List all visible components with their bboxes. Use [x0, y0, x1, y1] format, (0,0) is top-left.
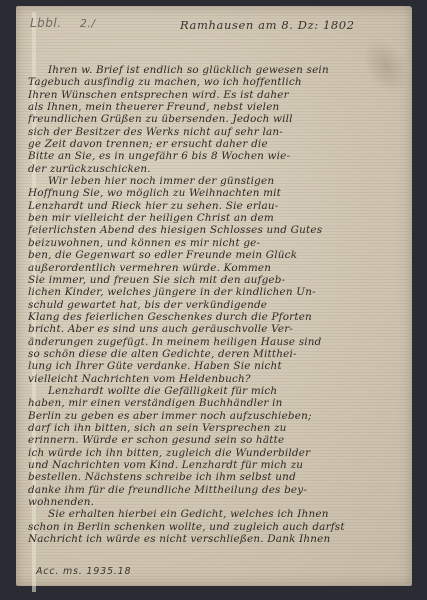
- text-line: Hoffnung Sie, wo möglich zu Weihnachten …: [28, 187, 406, 199]
- text-line: änderungen zugefügt. In meinem heiligen …: [28, 336, 406, 348]
- text-line: Sie erhalten hierbei ein Gedicht, welche…: [28, 508, 406, 520]
- text-line: Ihren w. Brief ist endlich so glücklich …: [28, 64, 406, 76]
- text-line: Berlin zu geben es aber immer noch aufzu…: [28, 410, 406, 422]
- text-line: haben, mir einen verständigen Buchhändle…: [28, 397, 406, 409]
- text-line: lung ich Ihrer Güte verdanke. Haben Sie …: [28, 360, 406, 372]
- text-line: sich der Besitzer des Werks nicht auf se…: [28, 126, 406, 138]
- text-line: feierlichsten Abend des hiesigen Schloss…: [28, 224, 406, 236]
- text-line: Ihren Wünschen entsprechen wird. Es ist …: [28, 89, 406, 101]
- text-line: ich würde ich ihn bitten, zugleich die W…: [28, 447, 406, 459]
- text-line: ben, die Gegenwart so edler Freunde mein…: [28, 249, 406, 261]
- archive-mark: Lbbl. 2./: [30, 16, 96, 30]
- text-line: Lenzhardt wollte die Gefälligkeit für mi…: [28, 385, 406, 397]
- letter-dateline: Ramhausen am 8. Dz: 1802: [180, 18, 355, 32]
- text-line: lichen Kinder, welches jüngere in der ki…: [28, 286, 406, 298]
- text-line: ben mir vielleicht der heiligen Christ a…: [28, 212, 406, 224]
- text-line: außerordentlich vermehren würde. Kommen: [28, 262, 406, 274]
- text-line: Sie immer, und freuen Sie sich mit den a…: [28, 274, 406, 286]
- text-line: Nachricht ich würde es nicht verschließe…: [28, 533, 406, 545]
- text-line: der zurückzuschicken.: [28, 163, 406, 175]
- text-line: wohnenden.: [28, 496, 406, 508]
- text-line: bricht. Aber es sind uns auch geräuschvo…: [28, 323, 406, 335]
- text-line: bestellen. Nächstens schreibe ich ihm se…: [28, 471, 406, 483]
- text-line: beizuwohnen, und können es mir nicht ge-: [28, 237, 406, 249]
- text-line: als Ihnen, mein theuerer Freund, nebst v…: [28, 101, 406, 113]
- archive-mark-label: Lbbl.: [30, 16, 62, 30]
- text-line: Bitte an Sie, es in ungefähr 6 bis 8 Woc…: [28, 150, 406, 162]
- text-line: Wir leben hier noch immer der günstigen: [28, 175, 406, 187]
- text-line: erinnern. Würde er schon gesund sein so …: [28, 434, 406, 446]
- text-line: Klang des feierlichen Geschenkes durch d…: [28, 311, 406, 323]
- text-line: schon in Berlin schenken wollte, und zug…: [28, 521, 406, 533]
- text-line: so schön diese die alten Gedichte, deren…: [28, 348, 406, 360]
- letter-body: Ihren w. Brief ist endlich so glücklich …: [28, 64, 406, 545]
- text-line: und Nachrichten vom Kind. Lenzhardt für …: [28, 459, 406, 471]
- text-line: Tagebuch ausfindig zu machen, wo ich hof…: [28, 76, 406, 88]
- text-line: freundlichen Grüßen zu übersenden. Jedoc…: [28, 113, 406, 125]
- text-line: darf ich ihn bitten, sich an sein Verspr…: [28, 422, 406, 434]
- archive-mark-number: 2./: [80, 17, 96, 30]
- text-line: ge Zeit davon trennen; er ersucht daher …: [28, 138, 406, 150]
- text-line: Lenzhardt und Rieck hier zu sehen. Sie e…: [28, 200, 406, 212]
- text-line: vielleicht Nachrichten vom Heldenbuch?: [28, 373, 406, 385]
- text-line: schuld gewartet hat, bis der verkündigen…: [28, 299, 406, 311]
- text-line: danke ihm für die freundliche Mittheilun…: [28, 484, 406, 496]
- accession-number: Acc. ms. 1935.18: [36, 566, 131, 577]
